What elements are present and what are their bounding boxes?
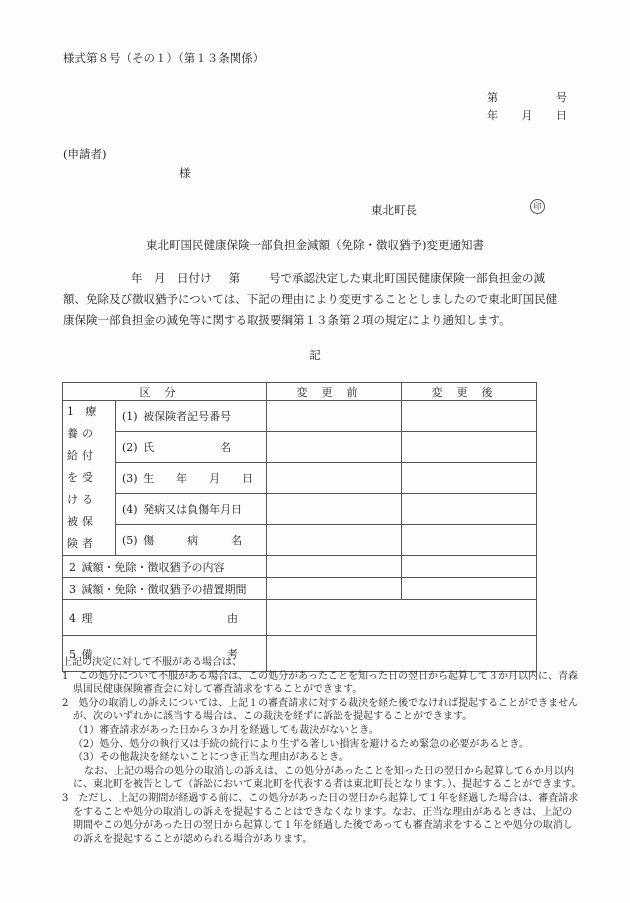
row-disease-name-label: (5) 傷 病 名 [116,525,267,556]
document-number: 第 号 [487,89,567,105]
birthdate-before[interactable] [267,463,402,494]
honorific: 様 [179,165,191,181]
applicant-label: (申請者) [63,146,106,162]
ki-heading: 記 [0,347,630,363]
body-rest: 額、免除及び徴収猶予については、下記の理由により変更することとしましたので東北町… [63,292,557,327]
doc-number-prefix: 第 [487,89,498,105]
note-item-2: 2 処分の取消しの訴えについては、上記１の審査請求に対する裁決を経た後でなければ… [62,697,582,724]
measure-period-after[interactable] [402,578,537,600]
row-measure-period-label: 3 減額・免除・徴収猶予の措置期間 [63,578,267,600]
body-number-prefix: 第 [229,271,241,285]
note-sub-1: （1）審査請求があった日から３か月を経過しても裁決がないとき。 [62,724,582,738]
seal-icon: 印 [530,199,545,214]
header-category: 区分 [63,383,267,401]
row-name-label: (2) 氏 名 [116,432,267,463]
row-reduction-content-label: 2 減額・免除・徴収猶予の内容 [63,556,267,578]
header-after: 変更後 [402,383,537,401]
reduction-content-after[interactable] [402,556,537,578]
row-insured-number-label: (1) 被保険者記号番号 [116,401,267,432]
change-table: 区分 変更前 変更後 1 療養の給付を受ける被保険者 (1) 被保険者記号番号 … [62,382,537,672]
insured-number-before[interactable] [267,401,402,432]
insured-number-after[interactable] [402,401,537,432]
issuer-name: 東北町長 [371,202,417,218]
document-date: 年 月 日 [487,107,567,123]
birthdate-after[interactable] [402,463,537,494]
group-insured-label: 1 療養の給付を受ける被保険者 [63,401,116,556]
row-onset-date-label: (4) 発病又は負傷年月日 [116,494,267,525]
note-sub-3: （3）その他裁決を経ないことにつき正当な理由があるとき。 [62,751,582,765]
disease-name-after[interactable] [402,525,537,556]
disease-name-before[interactable] [267,525,402,556]
date-day: 日 [556,107,567,123]
note-item-2-supplement: なお、上記の場合の処分の取消しの訴えは、この処分があったことを知った日の翌日から… [62,765,582,792]
note-item-1: 1 この処分について不服がある場合は、この処分があったことを知った日の翌日から起… [62,670,582,697]
measure-period-before[interactable] [267,578,402,600]
notes-intro: 上記の決定に対して不服がある場合は、 [62,656,582,670]
body-paragraph: 年 月 日付け 第 号で承認決定した東北町国民健康保険一部負担金の減額、免除及び… [63,268,563,331]
row-reason-label: 4 理由 [63,600,267,636]
body-year: 年 [131,271,143,285]
form-id: 様式第８号（その１）（第１３条関係） [63,50,264,66]
row-birthdate-label: (3) 生 年 月 日 [116,463,267,494]
onset-date-before[interactable] [267,494,402,525]
body-line1-tail: 号で承認決定した東北町国民健康保険一部負担金の減 [269,271,545,285]
note-item-3: 3 ただし、上記の期間が経過する前に、この処分があった日の翌日から起算して１年を… [62,792,582,846]
reduction-content-before[interactable] [267,556,402,578]
header-before: 変更前 [267,383,402,401]
doc-number-suffix: 号 [556,89,567,105]
reason-value[interactable] [267,600,537,636]
body-day: 日付け [177,271,212,285]
note-sub-2: （2）処分、処分の執行又は手続の続行により生ずる著しい損害を避けるため緊急の必要… [62,738,582,752]
appeal-notes: 上記の決定に対して不服がある場合は、 1 この処分について不服がある場合は、この… [62,656,582,846]
document-title: 東北町国民健康保険一部負担金減額（免除・徴収猶予)変更通知書 [0,237,630,253]
name-before[interactable] [267,432,402,463]
body-month: 月 [154,271,166,285]
name-after[interactable] [402,432,537,463]
date-year: 年 [487,107,498,123]
onset-date-after[interactable] [402,494,537,525]
date-month: 月 [522,107,533,123]
